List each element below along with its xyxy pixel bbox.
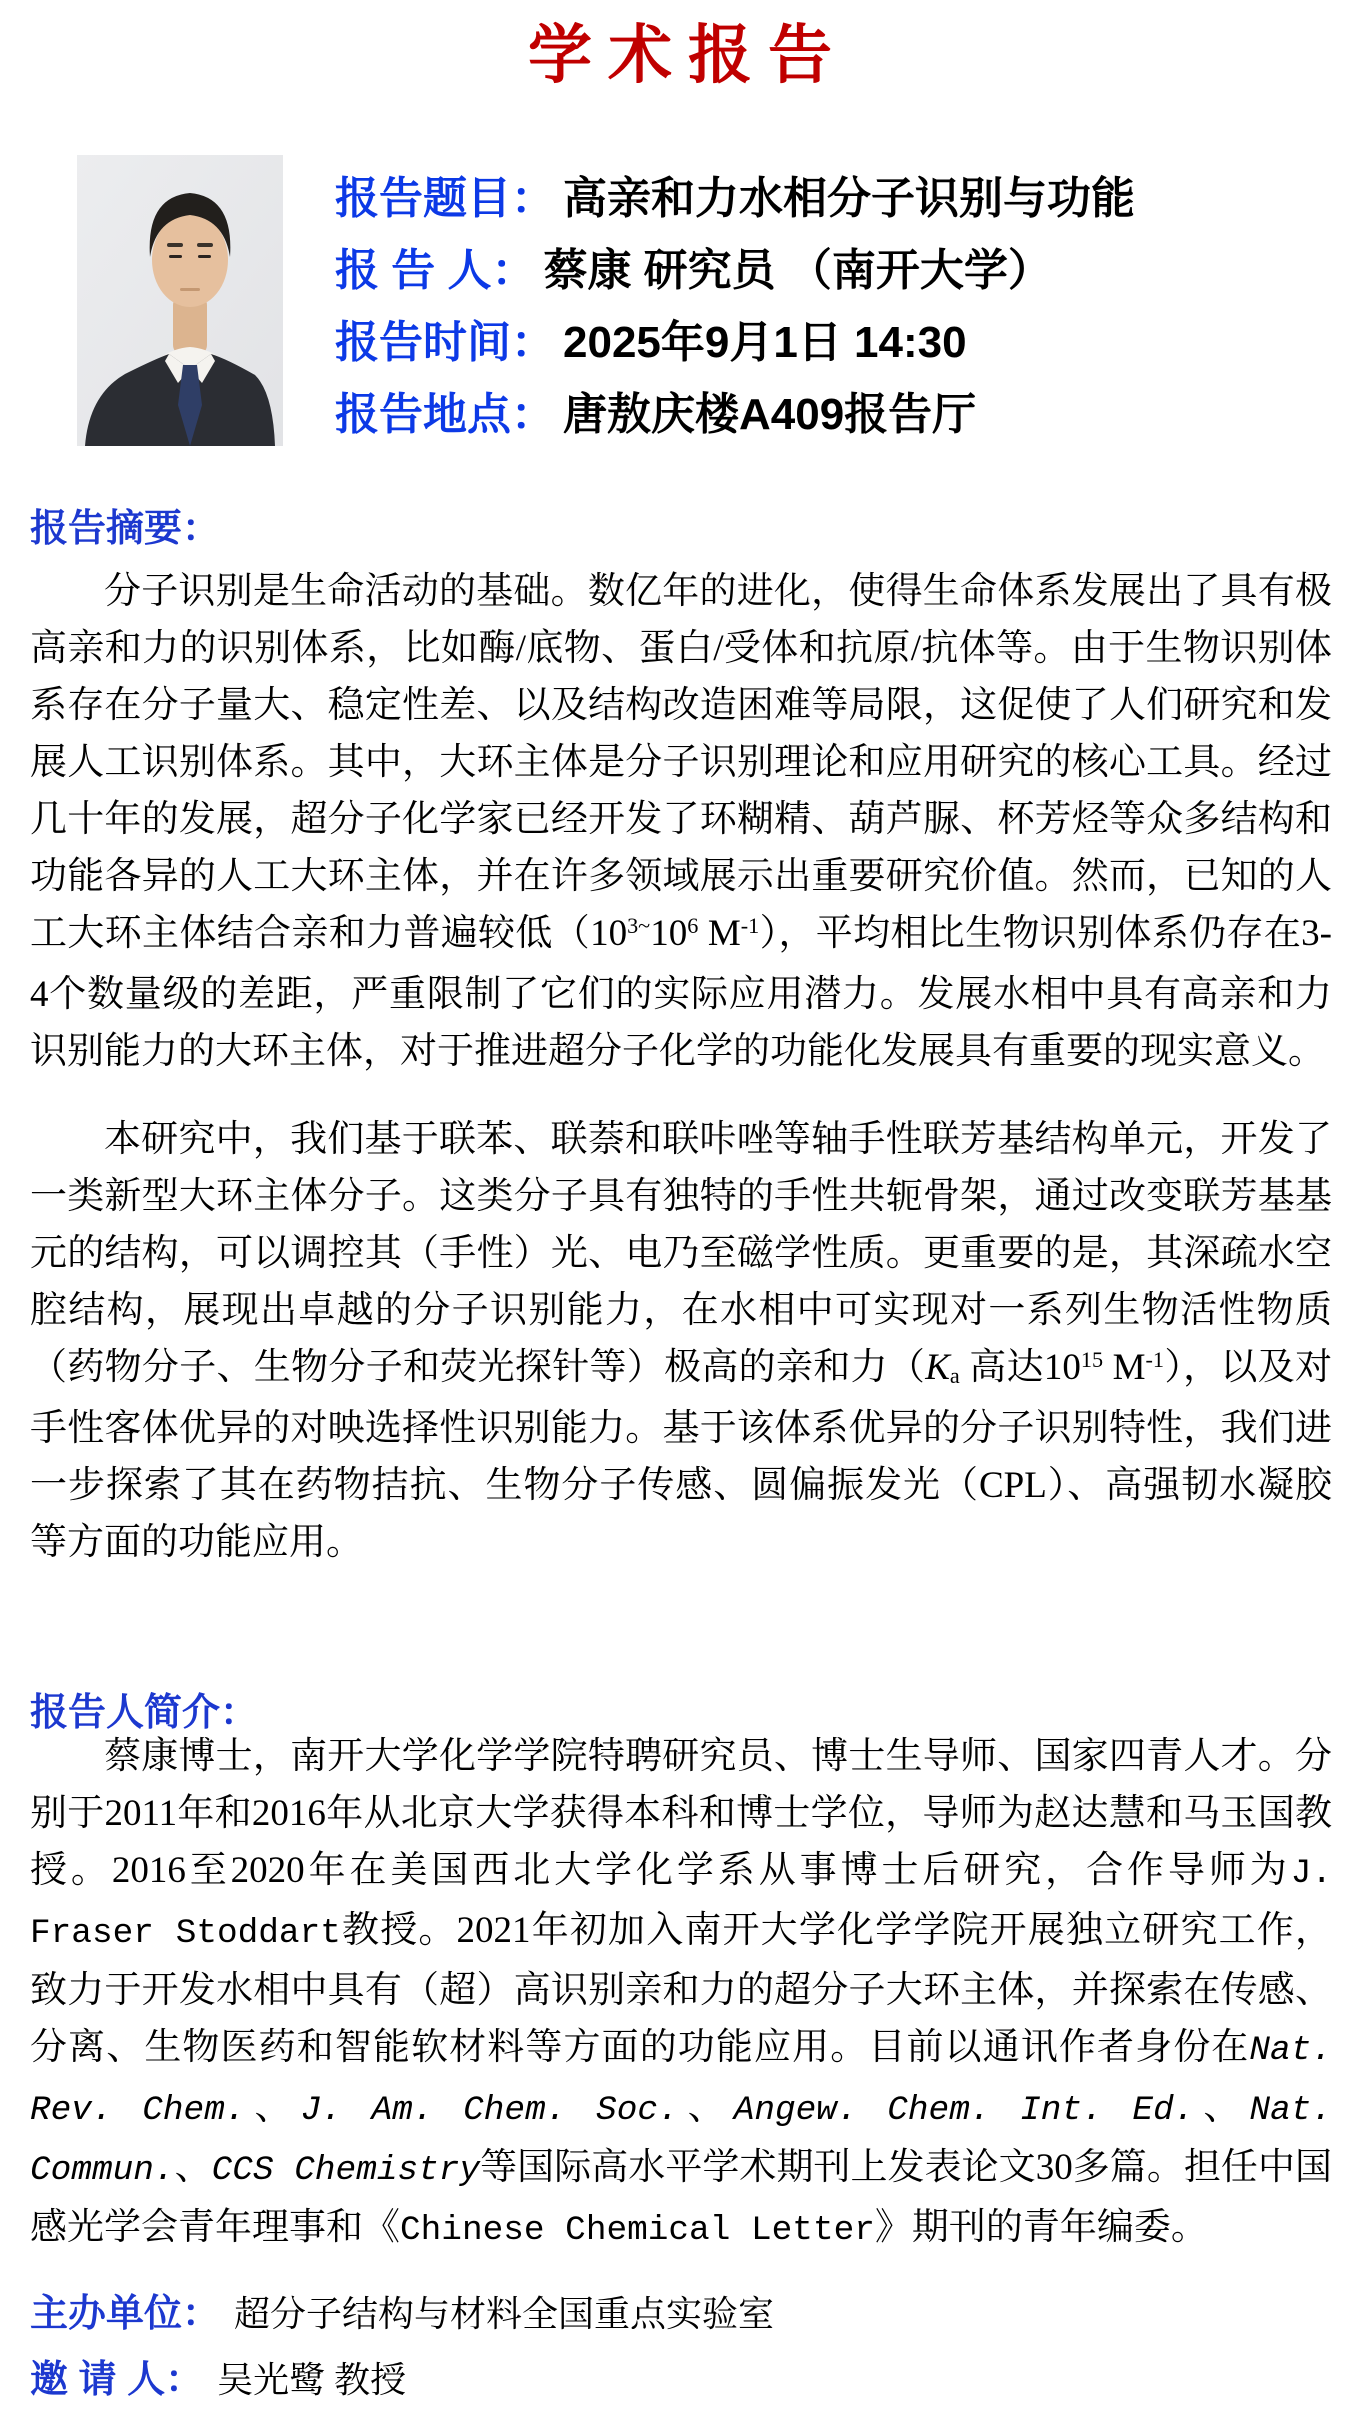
- talk-info-row: 报 告 人：蔡康 研究员 （南开大学）: [335, 230, 1335, 302]
- talk-info-row-label: 报 告 人：: [335, 234, 535, 298]
- abstract-heading: 报告摘要：: [30, 497, 220, 552]
- talk-info-row-value: 高亲和力水相分子识别与功能: [563, 162, 1135, 226]
- footer-row-value: 吴光鹭 教授: [217, 2352, 406, 2403]
- bio-paragraph: 蔡康博士，南开大学化学学院特聘研究员、博士生导师、国家四青人才。分别于2011年…: [30, 1728, 1332, 2259]
- abstract-paragraph: 本研究中，我们基于联苯、联萘和联咔唑等轴手性联芳基结构单元，开发了一类新型大环主…: [30, 1111, 1332, 1571]
- talk-info-row-value: 蔡康 研究员 （南开大学）: [543, 234, 1051, 298]
- seminar-poster: 学术报告 报告题目：高亲和力水相分子识别与功能报 告 人: [0, 0, 1360, 2418]
- talk-info-row-label: 报告时间：: [335, 306, 555, 370]
- footer-row-value: 超分子结构与材料全国重点实验室: [234, 2286, 774, 2337]
- abstract-body: 分子识别是生命活动的基础。数亿年的进化，使得生命体系发展出了具有极高亲和力的识别…: [30, 563, 1332, 1571]
- footer-row: 邀 请 人：吴光鹭 教授: [30, 2348, 1332, 2414]
- abstract-paragraph: 分子识别是生命活动的基础。数亿年的进化，使得生命体系发展出了具有极高亲和力的识别…: [30, 563, 1332, 1080]
- footer-row-label: 主办单位：: [30, 2282, 220, 2337]
- footer-list: 主办单位：超分子结构与材料全国重点实验室邀 请 人：吴光鹭 教授: [30, 2282, 1332, 2414]
- page-title: 学术报告: [0, 4, 1360, 96]
- talk-info-row: 报告地点：唐敖庆楼A409报告厅: [335, 374, 1335, 446]
- talk-info-row-value: 2025年9月1日 14:30: [563, 306, 967, 370]
- talk-info-row: 报告时间：2025年9月1日 14:30: [335, 302, 1335, 374]
- footer-row-label: 邀 请 人：: [30, 2348, 203, 2403]
- footer-row: 主办单位：超分子结构与材料全国重点实验室: [30, 2282, 1332, 2348]
- talk-info-row-value: 唐敖庆楼A409报告厅: [563, 378, 976, 442]
- bio-body: 蔡康博士，南开大学化学学院特聘研究员、博士生导师、国家四青人才。分别于2011年…: [30, 1728, 1332, 2259]
- talk-info-row: 报告题目：高亲和力水相分子识别与功能: [335, 158, 1335, 230]
- talk-info-row-label: 报告地点：: [335, 378, 555, 442]
- talk-info-list: 报告题目：高亲和力水相分子识别与功能报 告 人：蔡康 研究员 （南开大学）报告时…: [335, 158, 1335, 446]
- speaker-photo: [77, 155, 283, 446]
- speaker-portrait-image: [77, 155, 283, 446]
- talk-info-row-label: 报告题目：: [335, 162, 555, 226]
